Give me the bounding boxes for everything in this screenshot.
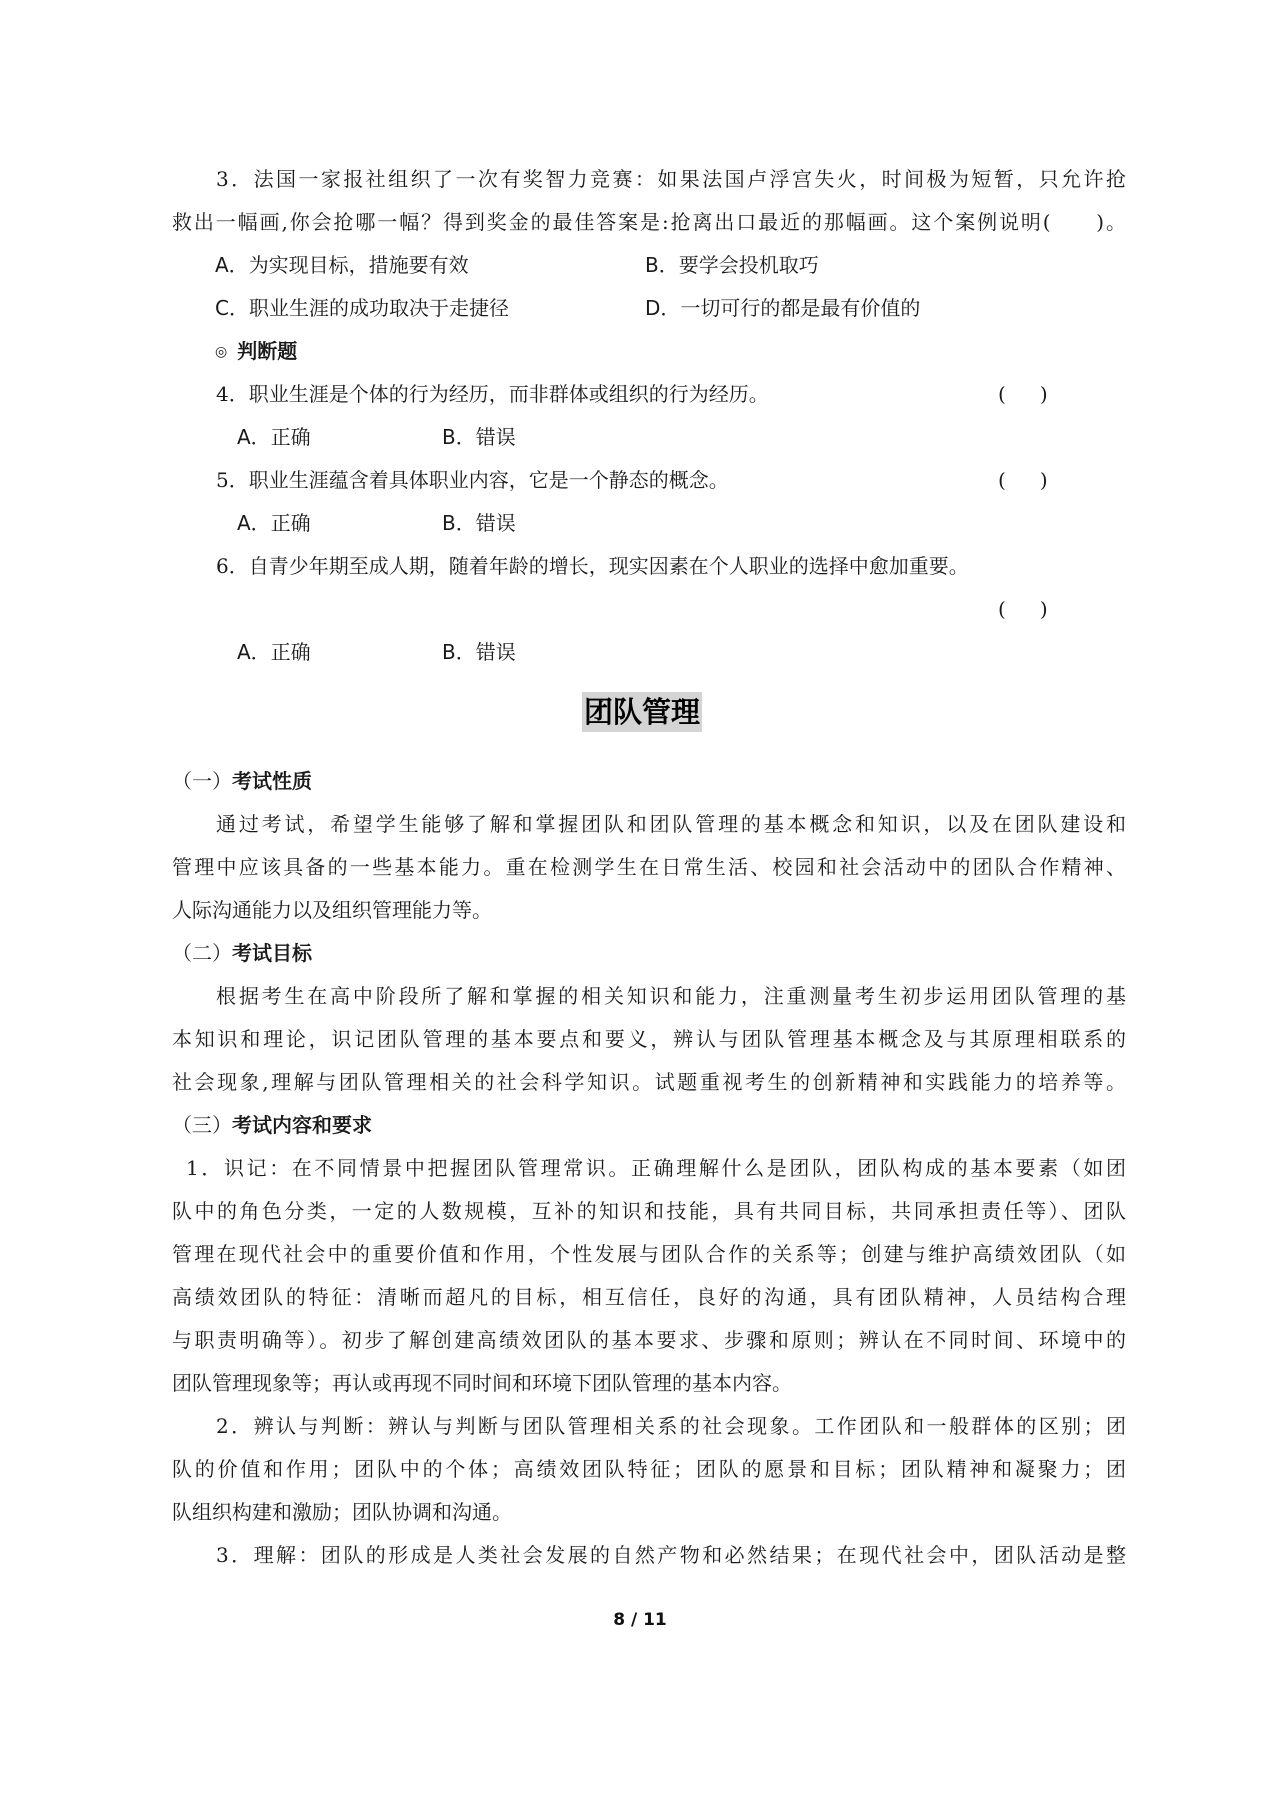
chapter-title: 团队管理 <box>582 692 702 732</box>
answer-blank: () <box>998 588 1048 631</box>
question-6-options: A．正确B．错误 <box>172 631 1126 674</box>
option-c: C．职业生涯的成功取决于走捷径 <box>215 287 645 330</box>
item-2-line-3: 队组织构建和激励；团队协调和沟通。 <box>172 1491 1126 1534</box>
question-5-options: A．正确B．错误 <box>172 502 1126 545</box>
option-true: A．正确 <box>237 416 442 459</box>
item-1-line-6: 团队管理现象等；再认或再现不同时间和环境下团队管理的基本内容。 <box>172 1362 1126 1405</box>
option-false: B．错误 <box>442 502 516 545</box>
question-5: 5．职业生涯蕴含着具体职业内容，它是一个静态的概念。 () <box>172 459 1126 502</box>
item-1-line-3: 管理在现代社会中的重要价值和作用，个性发展与团队合作的关系等；创建与维护高绩效团… <box>172 1233 1126 1276</box>
answer-blank: () <box>998 373 1048 416</box>
question-3: 3．法国一家报社组织了一次有奖智力竞赛：如果法国卢浮宫失火，时间极为短暂，只允许… <box>172 158 1126 330</box>
question-4: 4．职业生涯是个体的行为经历，而非群体或组织的行为经历。 () <box>172 373 1126 416</box>
section-3-heading: （三）考试内容和要求 <box>172 1104 1126 1147</box>
question-6: 6．自青少年期至成人期，随着年龄的增长，现实因素在个人职业的选择中愈加重要。 <box>172 545 1126 588</box>
chapter-title-wrap: 团队管理 <box>172 674 1126 760</box>
circle-bullet-icon: ◎ <box>215 344 227 360</box>
page-indicator: 8 / 11 <box>0 1610 1280 1630</box>
item-1-line-4: 高绩效团队的特征：清晰而超凡的目标，相互信任，良好的沟通，具有团队精神，人员结构… <box>172 1276 1126 1319</box>
section-1-line-3: 人际沟通能力以及组织管理能力等。 <box>172 889 1126 932</box>
section-3-item-3: 3．理解：团队的形成是人类社会发展的自然产物和必然结果；在现代社会中，团队活动是… <box>172 1534 1126 1577</box>
option-false: B．错误 <box>442 631 516 674</box>
option-a: A．为实现目标，措施要有效 <box>215 244 645 287</box>
option-false: B．错误 <box>442 416 516 459</box>
item-2-line-1: 2．辨认与判断：辨认与判断与团队管理相关系的社会现象。工作团队和一般群体的区别；… <box>172 1405 1126 1448</box>
question-3-options-row-1: A．为实现目标，措施要有效B．要学会投机取巧 <box>172 244 1126 287</box>
item-1-line-2: 队中的角色分类，一定的人数规模，互补的知识和技能，具有共同目标，共同承担责任等）… <box>172 1190 1126 1233</box>
option-b: B．要学会投机取巧 <box>645 244 819 287</box>
section-2-heading: （二）考试目标 <box>172 932 1126 975</box>
item-1-line-1: 1．识记：在不同情景中把握团队管理常识。正确理解什么是团队，团队构成的基本要素（… <box>172 1147 1126 1190</box>
section-1-line-1: 通过考试，希望学生能够了解和掌握团队和团队管理的基本概念和知识，以及在团队建设和 <box>172 803 1126 846</box>
section-1-heading: （一）考试性质 <box>172 760 1126 803</box>
question-3-line-2: 救出一幅画,你会抢哪一幅？得到奖金的最佳答案是:抢离出口最近的那幅画。这个案例说… <box>172 201 1126 244</box>
section-3-item-1: 1．识记：在不同情景中把握团队管理常识。正确理解什么是团队，团队构成的基本要素（… <box>172 1147 1126 1405</box>
item-3-line-1: 3．理解：团队的形成是人类社会发展的自然产物和必然结果；在现代社会中，团队活动是… <box>172 1534 1126 1577</box>
question-3-options-row-2: C．职业生涯的成功取决于走捷径D．一切可行的都是最有价值的 <box>172 287 1126 330</box>
document-page: 3．法国一家报社组织了一次有奖智力竞赛：如果法国卢浮宫失火，时间极为短暂，只允许… <box>172 158 1126 1577</box>
section-2-line-1: 根据考生在高中阶段所了解和掌握的相关知识和能力，注重测量考生初步运用团队管理的基 <box>172 975 1126 1018</box>
section-2-line-2: 本知识和理论，识记团队管理的基本要点和要义，辨认与团队管理基本概念及与其原理相联… <box>172 1018 1126 1061</box>
section-2-line-3: 社会现象,理解与团队管理相关的社会科学知识。试题重视考生的创新精神和实践能力的培… <box>172 1061 1126 1104</box>
question-3-line-1: 3．法国一家报社组织了一次有奖智力竞赛：如果法国卢浮宫失火，时间极为短暂，只允许… <box>172 158 1126 201</box>
answer-blank: () <box>998 459 1048 502</box>
question-4-options: A．正确B．错误 <box>172 416 1126 459</box>
option-d: D．一切可行的都是最有价值的 <box>645 287 920 330</box>
option-true: A．正确 <box>237 502 442 545</box>
judgment-section-heading: ◎判断题 <box>172 330 1126 373</box>
item-1-line-5: 与职责明确等）。初步了解创建高绩效团队的基本要求、步骤和原则；辨认在不同时间、环… <box>172 1319 1126 1362</box>
section-3-item-2: 2．辨认与判断：辨认与判断与团队管理相关系的社会现象。工作团队和一般群体的区别；… <box>172 1405 1126 1534</box>
question-6-answer-line: () <box>172 588 1126 631</box>
item-2-line-2: 队的价值和作用；团队中的个体；高绩效团队特征；团队的愿景和目标；团队精神和凝聚力… <box>172 1448 1126 1491</box>
section-1-line-2: 管理中应该具备的一些基本能力。重在检测学生在日常生活、校园和社会活动中的团队合作… <box>172 846 1126 889</box>
option-true: A．正确 <box>237 631 442 674</box>
